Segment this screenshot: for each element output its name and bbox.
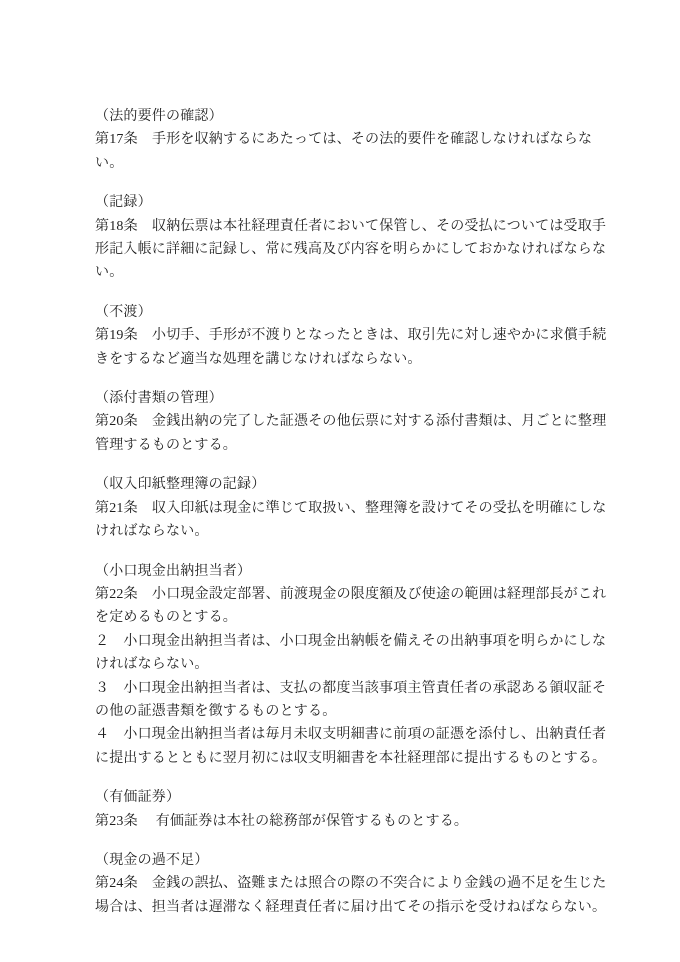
section-securities: （有価証券） 第23条 有価証券は本社の総務部が保管するものとする。 (95, 786, 615, 833)
section-heading: （小口現金出納担当者） (95, 560, 615, 583)
article-21-text: 第21条 収入印紙は現金に準じて取扱い、整理簿を設けてその受払を明確にしなければ… (95, 497, 615, 544)
section-heading: （有価証券） (95, 786, 615, 809)
section-heading: （現金の過不足） (95, 849, 615, 872)
article-22-text: 第22条 小口現金設定部署、前渡現金の限度額及び使途の範囲は経理部長がこれを定め… (95, 583, 615, 630)
section-heading: （記録） (95, 191, 615, 214)
section-heading: （収入印紙整理簿の記録） (95, 473, 615, 496)
article-23-text: 第23条 有価証券は本社の総務部が保管するものとする。 (95, 810, 615, 833)
article-18-text: 第18条 収納伝票は本社経理責任者において保管し、その受払については受取手形記入… (95, 215, 615, 285)
document-body: （法的要件の確認） 第17条 手形を収納するにあたっては、その法的要件を確認しな… (95, 105, 615, 919)
section-attached-documents: （添付書類の管理） 第20条 金銭出納の完了した証憑その他伝票に対する添付書類は… (95, 387, 615, 457)
section-dishonored-bills: （不渡） 第19条 小切手、手形が不渡りとなったときは、取引先に対し速やかに求償… (95, 301, 615, 371)
section-revenue-stamp-ledger: （収入印紙整理簿の記録） 第21条 収入印紙は現金に準じて取扱い、整理簿を設けて… (95, 473, 615, 543)
section-heading: （添付書類の管理） (95, 387, 615, 410)
section-heading: （法的要件の確認） (95, 105, 615, 128)
section-petty-cash-custodian: （小口現金出納担当者） 第22条 小口現金設定部署、前渡現金の限度額及び使途の範… (95, 560, 615, 771)
article-22-item-4: ４ 小口現金出納担当者は毎月未収支明細書に前項の証憑を添付し、出納責任者に提出す… (95, 723, 615, 770)
section-heading: （不渡） (95, 301, 615, 324)
document-page: （法的要件の確認） 第17条 手形を収納するにあたっては、その法的要件を確認しな… (0, 0, 680, 962)
article-20-text: 第20条 金銭出納の完了した証憑その他伝票に対する添付書類は、月ごとに整理管理す… (95, 410, 615, 457)
article-22-item-2: ２ 小口現金出納担当者は、小口現金出納帳を備えその出納事項を明らかにしなければな… (95, 630, 615, 677)
article-24-text: 第24条 金銭の誤払、盗難または照合の際の不突合により金銭の過不足を生じた場合は… (95, 872, 615, 919)
section-legal-requirements-check: （法的要件の確認） 第17条 手形を収納するにあたっては、その法的要件を確認しな… (95, 105, 615, 175)
section-cash-over-short: （現金の過不足） 第24条 金銭の誤払、盗難または照合の際の不突合により金銭の過… (95, 849, 615, 919)
article-17-text: 第17条 手形を収納するにあたっては、その法的要件を確認しなければならない。 (95, 128, 615, 175)
article-22-item-3: ３ 小口現金出納担当者は、支払の都度当該事項主管責任者の承認ある領収証その他の証… (95, 677, 615, 724)
article-19-text: 第19条 小切手、手形が不渡りとなったときは、取引先に対し速やかに求償手続きをす… (95, 324, 615, 371)
section-records: （記録） 第18条 収納伝票は本社経理責任者において保管し、その受払については受… (95, 191, 615, 285)
